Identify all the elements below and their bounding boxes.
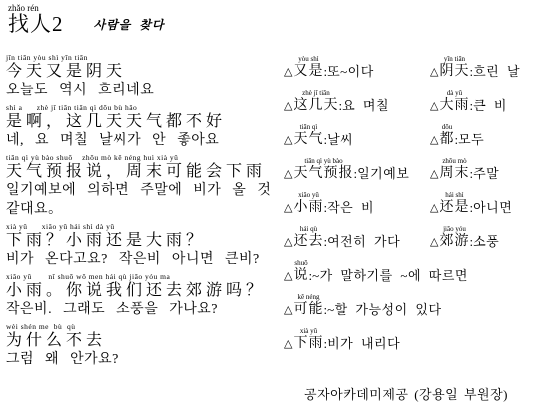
pinyin-annotation: kě néng [297,293,319,301]
vocab-word: kě néng 可能 [293,293,323,318]
triangle-bullet-icon: △ [284,64,292,80]
vocab-row-1: △ yòu shì 又是 : 또~이다 △ yīn tiān 阴天 : 흐린 날 [284,54,534,88]
pinyin-annotation: tiān qì yù bào [304,157,342,165]
korean-translation: 작은비. 그래도 소풍을 가나요? [6,300,282,319]
title-korean: 사람을 찾다 [94,16,165,36]
vocab-word: hái shì 还是 [439,191,469,216]
vocab-word: tiān qì 天气 [293,123,323,148]
chinese-word: 大雨 [439,97,469,114]
chinese-word: 天气 [293,131,323,148]
vocab-word: shuō 说 [293,259,308,284]
pinyin-annotation: yòu shì [298,55,318,63]
pinyin-annotation: xià yǔ xiǎo yǔ hái shì dà yǔ [6,223,282,231]
chinese-word: 还去 [293,233,323,250]
pinyin-annotation: xià yǔ [300,327,317,335]
pinyin-annotation: dà yǔ [447,89,462,97]
korean-translation: 오늘도 역시 흐리네요 [6,81,282,100]
chinese-word: 阴天 [439,63,469,80]
korean-translation: 네, 요 며칠 날씨가 안 좋아요 [6,131,282,150]
worksheet-page: zhǎo rén 找人2 사람을 찾다 jīn tiān yòu shì yīn… [0,0,540,411]
pinyin-annotation: zhōu mò [442,157,466,165]
vocab-row-2: △ zhè jǐ tiān 这几天 : 요 며칠 △ dà yǔ 大雨 : 큰 [284,88,534,122]
triangle-bullet-icon: △ [430,234,438,250]
chinese-word: 郊游 [439,233,469,250]
chinese-word: 下雨 [293,335,323,352]
vocab-row-8: △ kě néng 可能 : ~할 가능성이 있다 [284,292,534,326]
vocab-entry-xiayu: △ xià yǔ 下雨 : 비가 내리다 [284,326,534,352]
chinese-word: 还是 [439,199,469,216]
title-ruby: zhǎo rén 找人2 [8,4,64,36]
vocab-row-6: △ hái qù 还去 : 여전히 가다 △ jiāo yóu 郊游 : 소풍 [284,224,534,258]
korean-meaning: 아니면 [473,199,512,216]
triangle-bullet-icon: △ [284,268,292,284]
title-block: zhǎo rén 找人2 사람을 찾다 [8,4,534,36]
vocab-entry-tianqi: △ tiān qì 天气 : 날씨 [284,122,430,148]
pinyin-annotation: shuō [294,259,307,267]
vocab-entry-haishi: △ hái shì 还是 : 아니면 [430,190,534,216]
chinese-text: 今天又是阴天 [6,62,282,81]
chinese-text: 为什么不去 [6,331,282,350]
vocab-entry-dou: △ dōu 都 : 모두 [430,122,534,148]
page-title: 找人2 [8,13,64,36]
vocab-word: yòu shì 又是 [293,55,323,80]
chinese-word: 周末 [439,165,469,182]
pinyin-annotation: shì a zhè jǐ tiān tiān qì dōu bù hǎo [6,104,282,112]
vocab-entry-keneng: △ kě néng 可能 : ~할 가능성이 있다 [284,292,534,318]
chinese-word: 说 [293,267,308,284]
footer-credit: 공자아카데미제공 (강용일 부원장) [304,384,508,403]
pinyin-annotation: tiān qì yù bào shuō zhōu mò kě néng huì … [6,154,282,162]
korean-meaning: 모두 [458,131,484,148]
triangle-bullet-icon: △ [430,64,438,80]
vocab-word: jiāo yóu 郊游 [439,225,469,250]
triangle-bullet-icon: △ [284,302,292,318]
chinese-word: 这几天 [293,97,338,114]
vocab-word: yīn tiān 阴天 [439,55,469,80]
dialogue-line-1: jīn tiān yòu shì yīn tiān 今天又是阴天 오늘도 역시 … [6,54,282,100]
triangle-bullet-icon: △ [284,234,292,250]
pinyin-annotation: zhè jǐ tiān [302,89,330,97]
triangle-bullet-icon: △ [284,166,292,182]
pinyin-annotation: hái shì [445,191,463,199]
vocab-entry-youshi: △ yòu shì 又是 : 또~이다 [284,54,430,80]
korean-meaning: 흐린 날 [473,63,520,80]
triangle-bullet-icon: △ [284,336,292,352]
triangle-bullet-icon: △ [284,200,292,216]
korean-meaning: 비가 내리다 [327,335,400,352]
pinyin-annotation: hái qù [300,225,317,233]
korean-meaning: 주말 [473,165,499,182]
triangle-bullet-icon: △ [284,98,292,114]
vocabulary-column: △ yòu shì 又是 : 또~이다 △ yīn tiān 阴天 : 흐린 날 [282,54,534,373]
vocab-word: tiān qì yù bào 天气预报 [293,157,353,182]
korean-meaning: 일기예보 [357,165,409,182]
pinyin-annotation: tiān qì [300,123,318,131]
pinyin-annotation: jiāo yóu [443,225,466,233]
pinyin-annotation: jīn tiān yòu shì yīn tiān [6,54,282,62]
korean-meaning: 소풍 [473,233,499,250]
korean-meaning: 요 며칠 [342,97,389,114]
korean-meaning: ~가 말하기를 ~에 따르면 [312,267,468,284]
vocab-entry-shuo: △ shuō 说 : ~가 말하기를 ~에 따르면 [284,258,534,284]
chinese-word: 小雨 [293,199,323,216]
chinese-word: 天气预报 [293,165,353,182]
korean-meaning: 날씨 [327,131,353,148]
chinese-word: 又是 [293,63,323,80]
chinese-text: 下雨？小雨还是大雨？ [6,231,282,250]
vocab-row-9: △ xià yǔ 下雨 : 비가 내리다 [284,326,534,360]
dialogue-column: jīn tiān yòu shì yīn tiān 今天又是阴天 오늘도 역시 … [6,54,282,373]
vocab-word: zhōu mò 周末 [439,157,469,182]
vocab-word: dōu 都 [439,123,454,148]
vocab-entry-zhejitian: △ zhè jǐ tiān 这几天 : 요 며칠 [284,88,430,114]
triangle-bullet-icon: △ [430,200,438,216]
vocab-entry-jiaoyou: △ jiāo yóu 郊游 : 소풍 [430,224,534,250]
content-columns: jīn tiān yòu shì yīn tiān 今天又是阴天 오늘도 역시 … [6,54,534,373]
vocab-entry-haiqu: △ hái qù 还去 : 여전히 가다 [284,224,430,250]
pinyin-annotation: wèi shén me bù qù [6,323,282,331]
chinese-word: 可能 [293,301,323,318]
korean-meaning: 작은 비 [327,199,374,216]
vocab-word: xià yǔ 下雨 [293,327,323,352]
vocab-row-7: △ shuō 说 : ~가 말하기를 ~에 따르면 [284,258,534,292]
vocab-row-3: △ tiān qì 天气 : 날씨 △ dōu 都 : 모두 [284,122,534,156]
triangle-bullet-icon: △ [284,132,292,148]
vocab-entry-zhoumo: △ zhōu mò 周末 : 주말 [430,156,534,182]
dialogue-line-4: xià yǔ xiǎo yǔ hái shì dà yǔ 下雨？小雨还是大雨？ … [6,223,282,269]
chinese-text: 小雨。你说我们还去郊游吗？ [6,281,282,300]
korean-meaning: 큰 비 [473,97,507,114]
triangle-bullet-icon: △ [430,166,438,182]
pinyin-annotation: xiǎo yǔ [298,191,319,199]
vocab-row-4: △ tiān qì yù bào 天气预报 : 일기예보 △ zhōu mò 周… [284,156,534,190]
korean-translation: 그럼 왜 안가요? [6,350,282,369]
korean-meaning: 여전히 가다 [327,233,400,250]
dialogue-line-3: tiān qì yù bào shuō zhōu mò kě néng huì … [6,154,282,219]
vocab-entry-xiaoyu: △ xiǎo yǔ 小雨 : 작은 비 [284,190,430,216]
chinese-text: 天气预报说，周末可能会下雨 [6,162,282,181]
vocab-entry-tianqiyubao: △ tiān qì yù bào 天气预报 : 일기예보 [284,156,430,182]
korean-translation: 비가 온다고요? 작은비 아니면 큰비? [6,250,282,269]
triangle-bullet-icon: △ [430,132,438,148]
vocab-word: xiǎo yǔ 小雨 [293,191,323,216]
chinese-text: 是啊，这几天天气都不好 [6,112,282,131]
dialogue-line-5: xiǎo yǔ nǐ shuō wǒ men hái qù jiāo yóu m… [6,273,282,319]
chinese-word: 都 [439,131,454,148]
korean-meaning: ~할 가능성이 있다 [327,301,441,318]
pinyin-annotation: xiǎo yǔ nǐ shuō wǒ men hái qù jiāo yóu m… [6,273,282,281]
pinyin-annotation: dōu [442,123,453,131]
vocab-entry-dayu: △ dà yǔ 大雨 : 큰 비 [430,88,534,114]
vocab-word: hái qù 还去 [293,225,323,250]
pinyin-annotation: yīn tiān [444,55,465,63]
korean-translation: 일기예보에 의하면 주말에 비가 올 것 같대요。 [6,181,282,219]
vocab-entry-yintian: △ yīn tiān 阴天 : 흐린 날 [430,54,534,80]
korean-meaning: 또~이다 [327,63,374,80]
triangle-bullet-icon: △ [430,98,438,114]
vocab-word: zhè jǐ tiān 这几天 [293,89,338,114]
vocab-row-5: △ xiǎo yǔ 小雨 : 작은 비 △ hái shì 还是 : 아니면 [284,190,534,224]
dialogue-line-6: wèi shén me bù qù 为什么不去 그럼 왜 안가요? [6,323,282,369]
vocab-word: dà yǔ 大雨 [439,89,469,114]
dialogue-line-2: shì a zhè jǐ tiān tiān qì dōu bù hǎo 是啊，… [6,104,282,150]
